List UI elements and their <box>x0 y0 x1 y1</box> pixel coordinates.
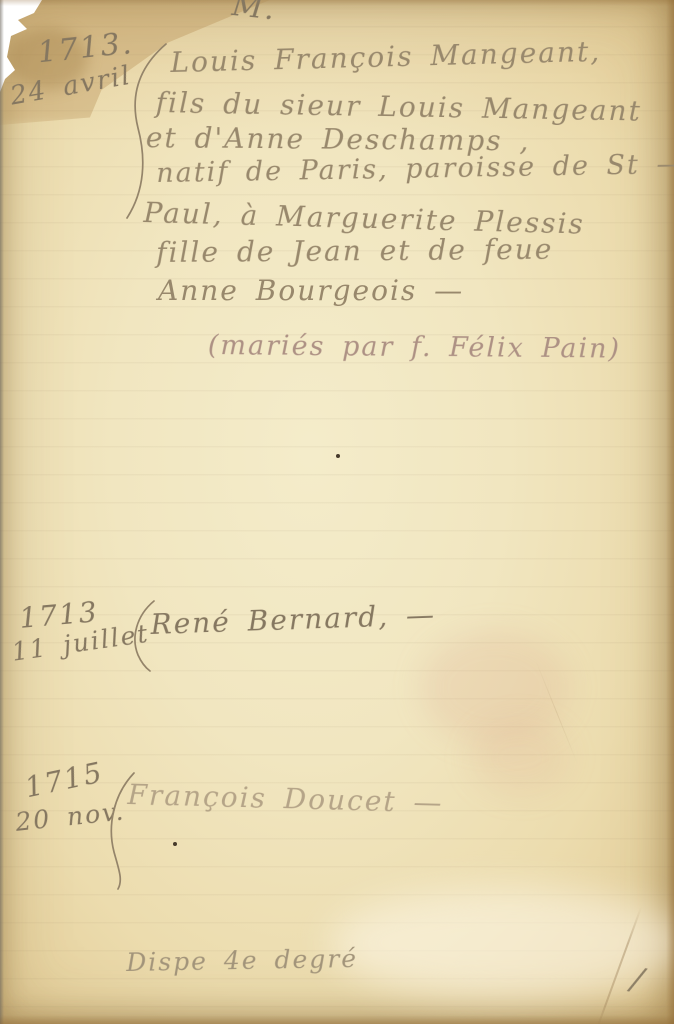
header-letter-mark: M. <box>230 0 278 27</box>
handwriting-line: Anne Bourgeois — <box>158 274 464 307</box>
document-page: M. 1713. 24 avril Louis François Mangean… <box>0 0 674 1024</box>
footer-dispensation-note: Dispe 4e degré <box>126 944 358 977</box>
handwriting-line: fille de Jean et de feue <box>156 233 553 269</box>
ink-dot <box>336 454 340 458</box>
marriage-note: (mariés par f. Félix Pain) <box>208 330 621 365</box>
ink-dot <box>173 842 177 846</box>
